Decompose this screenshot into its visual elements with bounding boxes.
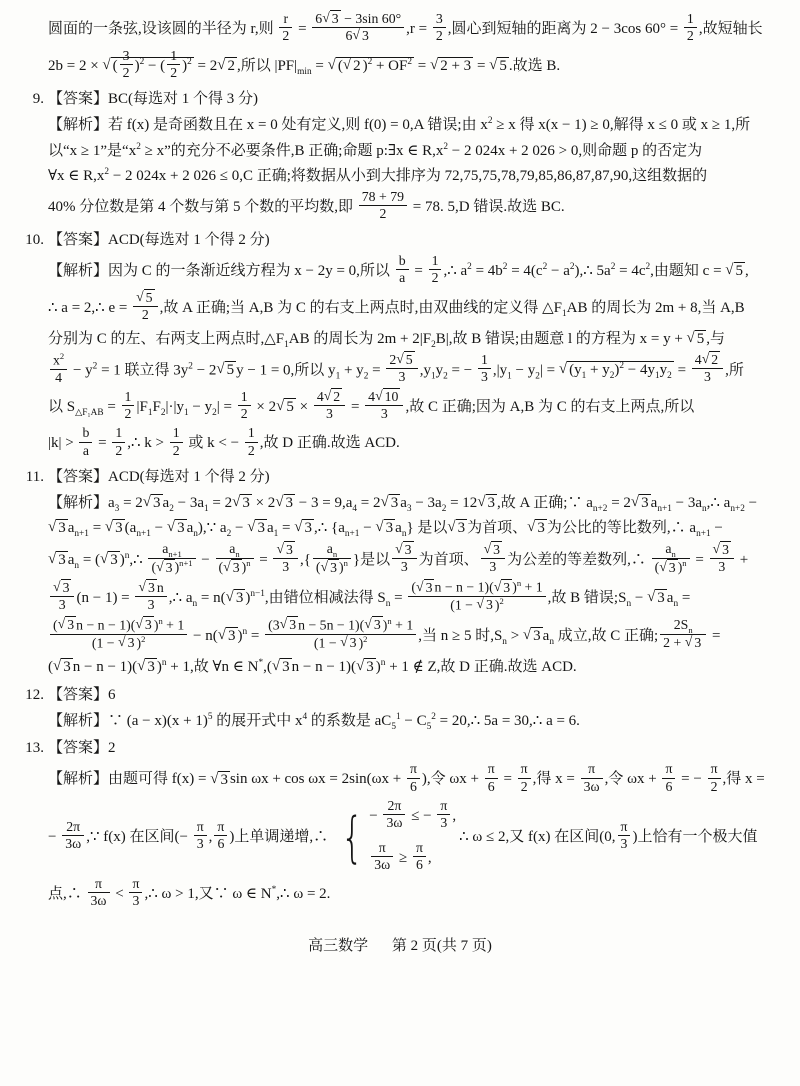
- math-line: 点,∴ π3ω < π3,∴ ω > 1,又∵ ω ∈ N*,∴ ω = 2.: [48, 878, 774, 912]
- math-line: 分别为 C 的左、右两支上两点时,△F1AB 的周长为 2m + 2|F2B|,…: [48, 328, 774, 351]
- footer-course: 高三数学: [308, 938, 368, 954]
- answer-item: 12.【答案】6【解析】∵ (a − x)(x + 1)5 的展开式中 x4 的…: [48, 683, 774, 733]
- page-footer: 高三数学 第 2 页(共 7 页): [0, 934, 800, 955]
- answer-label: 【答案】BC(每选对 1 个得 3 分): [48, 91, 258, 107]
- math-line: 以“x ≥ 1”是“x2 ≥ x”的充分不必要条件,B 正确;命题 p:∃x ∈…: [48, 140, 774, 163]
- answer-item: 9.【答案】BC(每选对 1 个得 3 分)【解析】若 f(x) 是奇函数且在 …: [48, 87, 774, 224]
- math-line: 2b = 2 × √(32)2 − (12)2 = 2√2,所以 |PF|min…: [48, 50, 774, 84]
- math-line: x24 − y2 = 1 联立得 3y2 − 2√5y − 1 = 0,所以 y…: [48, 354, 774, 388]
- math-line: 【解析】a3 = 2√3a2 − 3a1 = 2√3 × 2√3 − 3 = 9…: [48, 492, 774, 515]
- answer-sheet: 圆面的一条弦,设该圆的半径为 r,则 r2 = 6√3 − 3sin 60°6√…: [0, 0, 800, 912]
- item-head: 13.【答案】2: [48, 736, 774, 760]
- math-line: ∀x ∈ R,x2 − 2 024x + 2 026 ≤ 0,C 正确;将数据从…: [48, 165, 774, 188]
- footer-page-number: 第 2 页(共 7 页): [392, 938, 492, 954]
- math-line: 【解析】∵ (a − x)(x + 1)5 的展开式中 x4 的系数是 aC51…: [48, 710, 774, 733]
- math-line: 【解析】因为 C 的一条渐近线方程为 x − 2y = 0,所以 ba = 12…: [48, 255, 774, 289]
- math-line: |k| > ba = 12,∴ k > 12 或 k < − 12,故 D 正确…: [48, 427, 774, 461]
- math-line: 以 S△F₁AB = 12|F1F2|·|y1 − y2| = 12 × 2√5…: [48, 391, 774, 425]
- item-head: 10.【答案】ACD(每选对 1 个得 2 分): [48, 228, 774, 252]
- item-number: 9.: [33, 87, 44, 111]
- answer-item: 11.【答案】ACD(每选对 1 个得 2 分)【解析】a3 = 2√3a2 −…: [48, 465, 774, 679]
- math-line: − 2π3ω,∵ f(x) 在区间(− π3,π6)上单调递增,∴ {− 2π3…: [48, 800, 774, 875]
- answer-item: 10.【答案】ACD(每选对 1 个得 2 分)【解析】因为 C 的一条渐近线方…: [48, 228, 774, 461]
- item-number: 10.: [25, 228, 44, 252]
- item-number: 11.: [26, 465, 44, 489]
- math-line: (√3n − n − 1)(√3)n + 1(1 − √3)2 − n(√3)n…: [48, 619, 774, 654]
- answer-label: 【答案】ACD(每选对 1 个得 2 分): [48, 469, 270, 485]
- item-head: 12.【答案】6: [48, 683, 774, 707]
- math-line: 【解析】由题可得 f(x) = √3sin ωx + cos ωx = 2sin…: [48, 763, 774, 797]
- answer-item: 圆面的一条弦,设该圆的半径为 r,则 r2 = 6√3 − 3sin 60°6√…: [48, 13, 774, 83]
- math-line: √33(n − 1) = √3n3,∴ an = n(√3)n−1,由错位相减法…: [48, 581, 774, 616]
- math-line: (√3n − n − 1)(√3)n + 1,故 ∀n ∈ N*,(√3n − …: [48, 656, 774, 679]
- math-line: 40% 分位数是第 4 个数与第 5 个数的平均数,即 78 + 792 = 7…: [48, 191, 774, 225]
- item-head: 9.【答案】BC(每选对 1 个得 3 分): [48, 87, 774, 111]
- answer-label: 【答案】2: [48, 740, 116, 756]
- answer-label: 【答案】ACD(每选对 1 个得 2 分): [48, 232, 270, 248]
- math-line: √3an = (√3)n,∴ an+1(√3)n+1 − an(√3)n = √…: [48, 543, 774, 578]
- math-line: 圆面的一条弦,设该圆的半径为 r,则 r2 = 6√3 − 3sin 60°6√…: [48, 13, 774, 47]
- answer-item: 13.【答案】2【解析】由题可得 f(x) = √3sin ωx + cos ω…: [48, 736, 774, 911]
- math-line: √3an+1 = √3(an+1 − √3an),∵ a2 − √3a1 = √…: [48, 517, 774, 540]
- math-line: 【解析】若 f(x) 是奇函数且在 x = 0 处有定义,则 f(0) = 0,…: [48, 114, 774, 137]
- item-number: 12.: [25, 683, 44, 707]
- math-line: ∴ a = 2,∴ e = √52,故 A 正确;当 A,B 为 C 的右支上两…: [48, 292, 774, 326]
- answer-label: 【答案】6: [48, 687, 116, 703]
- item-number: 13.: [25, 736, 44, 760]
- item-head: 11.【答案】ACD(每选对 1 个得 2 分): [48, 465, 774, 489]
